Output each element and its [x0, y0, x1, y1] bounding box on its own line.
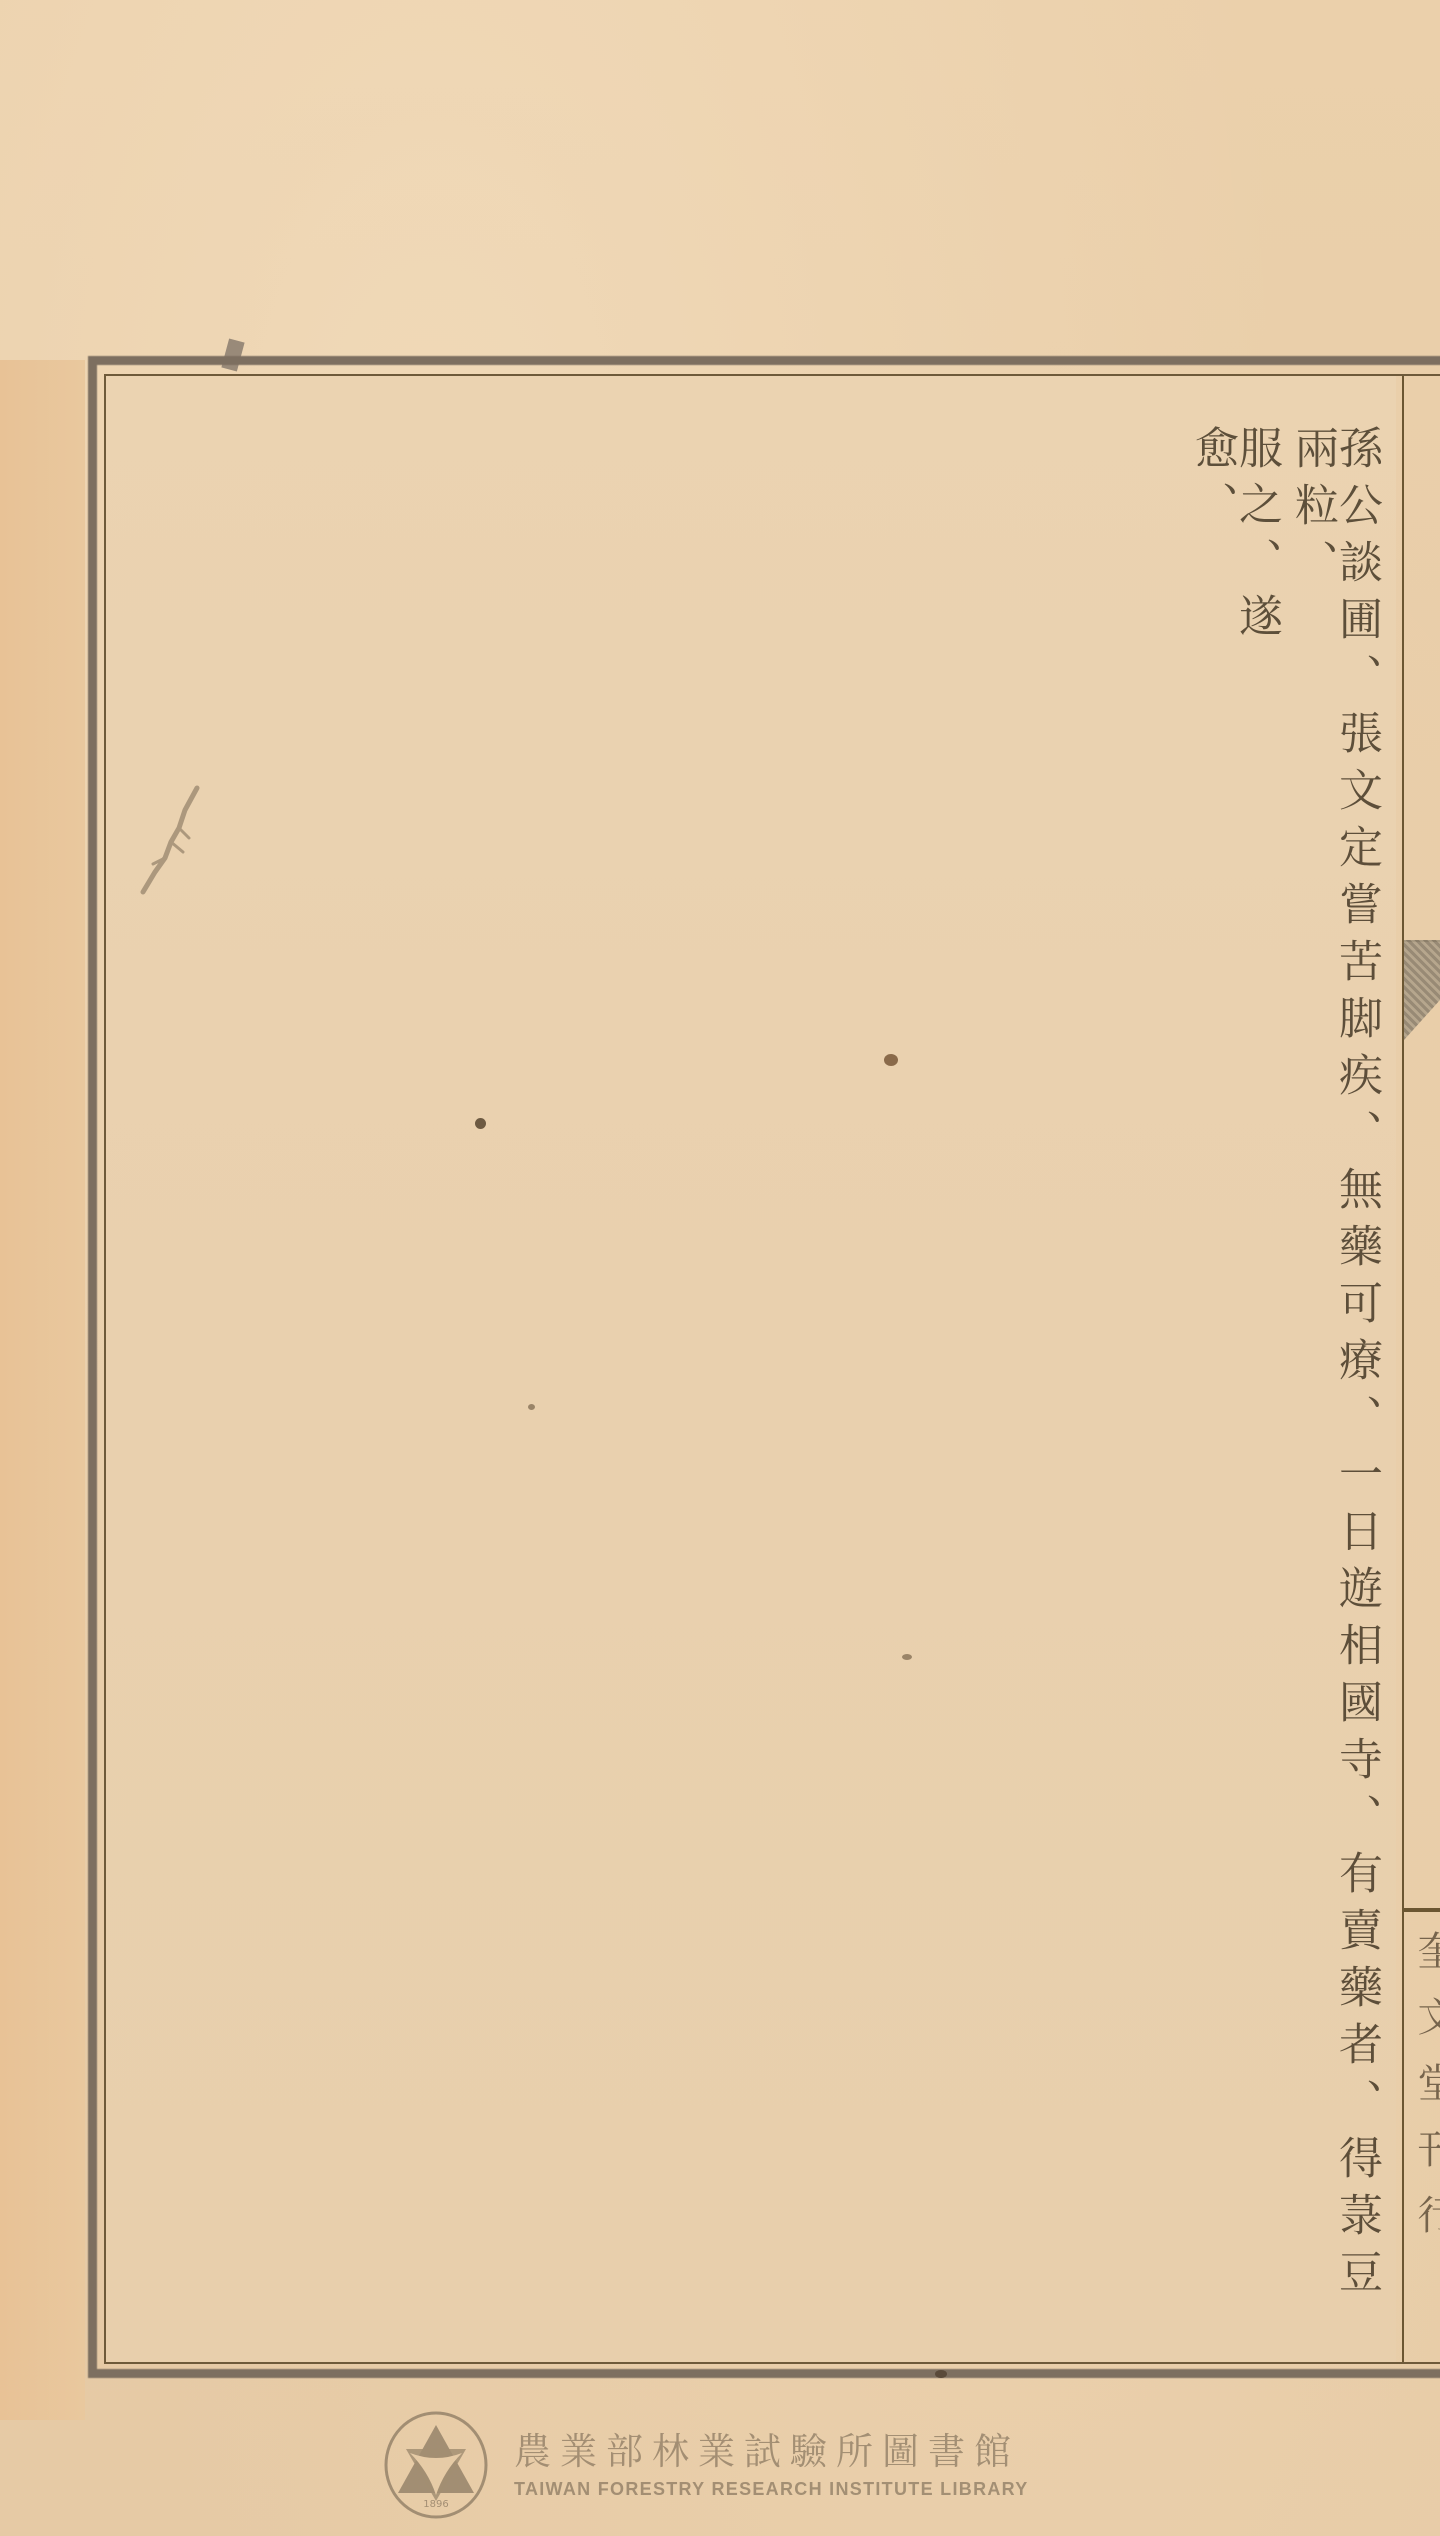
watermark-title-zh: 農業部林業試驗所圖書館: [514, 2433, 1029, 2470]
paper-speck: [528, 1404, 535, 1410]
paper-speck: [935, 2370, 947, 2378]
margin-separator: [1404, 1908, 1440, 1912]
library-watermark: 1896 農業部林業試驗所圖書館 TAIWAN FORESTRY RESEARC…: [380, 2410, 1080, 2520]
paper-speck: [884, 1054, 898, 1066]
publisher-label: 奎文堂刊行: [1406, 1930, 1440, 2260]
watermark-title-en: TAIWAN FORESTRY RESEARCH INSTITUTE LIBRA…: [514, 2480, 1029, 2498]
paper-speck: [902, 1654, 912, 1660]
paper-speck: [475, 1118, 486, 1129]
text-column-1: 孫公談圃、張文定嘗苦脚疾、無藥可療、一日遊相國寺、有賣藥者、得菉豆兩粒、: [1290, 425, 1378, 2345]
text-column-2: 服之、遂愈、: [1190, 425, 1278, 725]
logo-year: 1896: [423, 2499, 448, 2510]
page-left-edge: [0, 360, 85, 2420]
ink-stain-mark: [135, 780, 205, 900]
institute-logo-icon: 1896: [380, 2409, 492, 2521]
